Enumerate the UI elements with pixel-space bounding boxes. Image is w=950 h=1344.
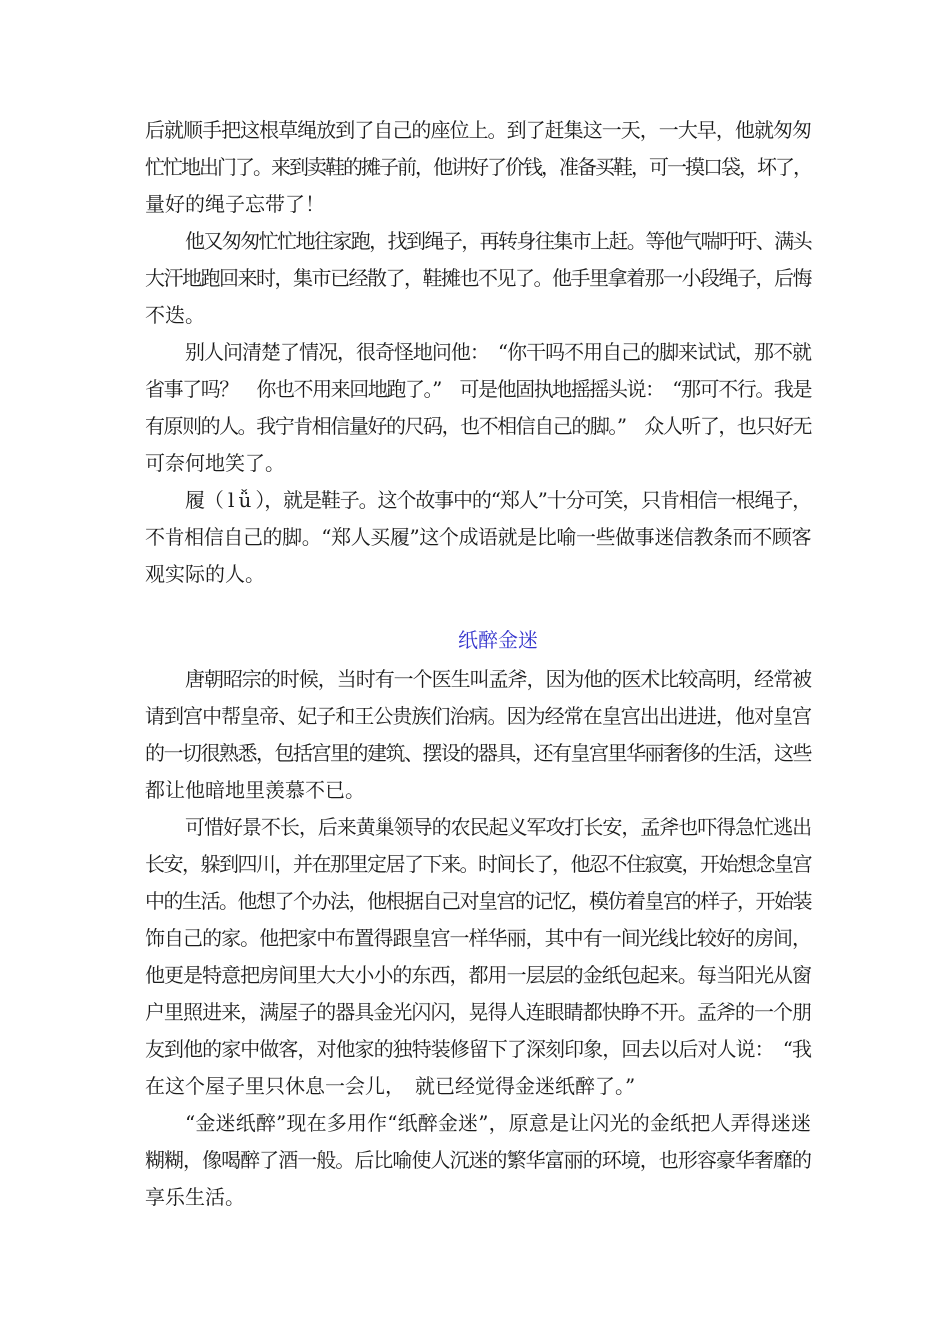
paragraph: 他又匆匆忙忙地往家跑，找到绳子，再转身往集市上赶。等他气喘吁吁、满头大汗地跑回来… bbox=[145, 223, 811, 334]
document-body: 后就顺手把这根草绳放到了自己的座位上。到了赶集这一天，一大早，他就匆匆忙忙地出门… bbox=[145, 112, 811, 1216]
text-line: 户里照进来，满屋子的器具金光闪闪，晃得人连眼睛都快睁不开。孟斧的一个朋 bbox=[145, 994, 811, 1031]
text-line: 观实际的人。 bbox=[145, 556, 811, 593]
text-line: 享乐生活。 bbox=[145, 1179, 811, 1216]
text-line: 糊糊，像喝醉了酒一般。后比喻使人沉迷的繁华富丽的环境，也形容豪华奢靡的 bbox=[145, 1142, 811, 1179]
text-line: 的一切很熟悉，包括宫里的建筑、摆设的器具，还有皇宫里华丽奢侈的生活，这些 bbox=[145, 735, 811, 772]
text-line: 他又匆匆忙忙地往家跑，找到绳子，再转身往集市上赶。等他气喘吁吁、满头 bbox=[145, 223, 811, 260]
text-line: 可奈何地笑了。 bbox=[145, 445, 811, 482]
text-line: 都让他暗地里羡慕不已。 bbox=[145, 772, 811, 809]
text-line: 大汗地跑回来时，集市已经散了，鞋摊也不见了。他手里拿着那一小段绳子，后悔 bbox=[145, 260, 811, 297]
paragraph: “金迷纸醉”现在多用作“纸醉金迷”，原意是让闪光的金纸把人弄得迷迷糊糊，像喝醉了… bbox=[145, 1105, 811, 1216]
document-page: { "page": { "background": "#ffffff", "te… bbox=[0, 0, 950, 1344]
text-line: 履（ l ǚ ），就是鞋子。这个故事中的“郑人”十分可笑，只肯相信一根绳子， bbox=[145, 482, 811, 519]
section-heading: 纸醉金迷 bbox=[145, 622, 811, 659]
paragraph: 可惜好景不长，后来黄巢领导的农民起义军攻打长安，孟斧也吓得急忙逃出长安，躲到四川… bbox=[145, 809, 811, 1105]
text-line: “金迷纸醉”现在多用作“纸醉金迷”，原意是让闪光的金纸把人弄得迷迷 bbox=[145, 1105, 811, 1142]
text-line: 在这个屋子里只休息一会儿， 就已经觉得金迷纸醉了。” bbox=[145, 1068, 811, 1105]
text-line: 别人问清楚了情况，很奇怪地问他： “你干吗不用自己的脚来试试，那不就 bbox=[145, 334, 811, 371]
text-line: 长安，躲到四川，并在那里定居了下来。时间长了，他忍不住寂寞，开始想念皇宫 bbox=[145, 846, 811, 883]
text-line: 有原则的人。我宁肯相信量好的尺码，也不相信自己的脚。” 众人听了，也只好无 bbox=[145, 408, 811, 445]
paragraph: 别人问清楚了情况，很奇怪地问他： “你干吗不用自己的脚来试试，那不就省事了吗？ … bbox=[145, 334, 811, 482]
paragraph: 唐朝昭宗的时候，当时有一个医生叫孟斧，因为他的医术比较高明，经常被请到宫中帮皇帝… bbox=[145, 661, 811, 809]
text-line: 友到他的家中做客，对他家的独特装修留下了深刻印象，回去以后对人说： “我 bbox=[145, 1031, 811, 1068]
text-line: 可惜好景不长，后来黄巢领导的农民起义军攻打长安，孟斧也吓得急忙逃出 bbox=[145, 809, 811, 846]
text-line: 省事了吗？ 你也不用来回地跑了。” 可是他固执地摇摇头说： “那可不行。我是 bbox=[145, 371, 811, 408]
text-line: 忙忙地出门了。来到卖鞋的摊子前，他讲好了价钱，准备买鞋，可一摸口袋，坏了， bbox=[145, 149, 811, 186]
paragraph: 履（ l ǚ ），就是鞋子。这个故事中的“郑人”十分可笑，只肯相信一根绳子，不肯… bbox=[145, 482, 811, 593]
text-line: 饰自己的家。他把家中布置得跟皇宫一样华丽，其中有一间光线比较好的房间， bbox=[145, 920, 811, 957]
text-line: 请到宫中帮皇帝、妃子和王公贵族们治病。因为经常在皇宫出出进进，他对皇宫 bbox=[145, 698, 811, 735]
text-line: 中的生活。他想了个办法，他根据自己对皇宫的记忆，模仿着皇宫的样子，开始装 bbox=[145, 883, 811, 920]
paragraph: 后就顺手把这根草绳放到了自己的座位上。到了赶集这一天，一大早，他就匆匆忙忙地出门… bbox=[145, 112, 811, 223]
text-line: 量好的绳子忘带了！ bbox=[145, 186, 811, 223]
text-line: 唐朝昭宗的时候，当时有一个医生叫孟斧，因为他的医术比较高明，经常被 bbox=[145, 661, 811, 698]
text-line: 他更是特意把房间里大大小小的东西，都用一层层的金纸包起来。每当阳光从窗 bbox=[145, 957, 811, 994]
text-line: 后就顺手把这根草绳放到了自己的座位上。到了赶集这一天，一大早，他就匆匆 bbox=[145, 112, 811, 149]
text-line: 不肯相信自己的脚。“郑人买履”这个成语就是比喻一些做事迷信教条而不顾客 bbox=[145, 519, 811, 556]
text-line: 不迭。 bbox=[145, 297, 811, 334]
